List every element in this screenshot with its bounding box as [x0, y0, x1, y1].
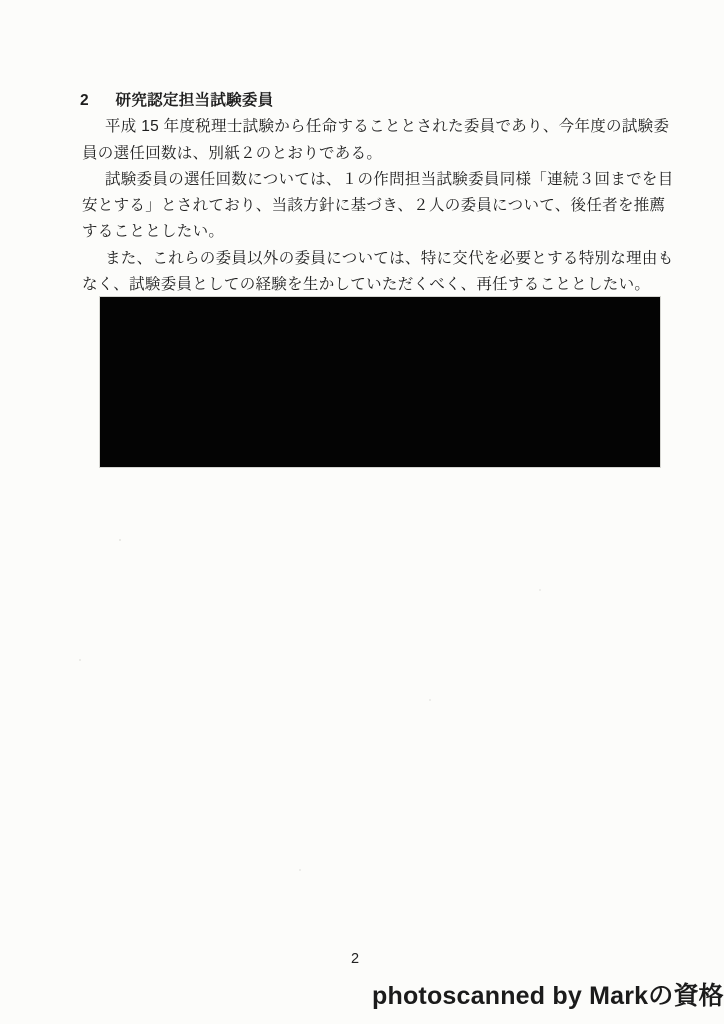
- scanned-document-page: { "page": { "background_color": "#fcfcfa…: [0, 0, 724, 1024]
- body-text-line: なく、試験委員としての経験を生かしていただくべく、再任することとしたい。: [82, 272, 667, 298]
- body-text-line: 平成 15 年度税理士試験から任命することとされた委員であり、今年度の試験委: [82, 114, 667, 140]
- body-text-line: 試験委員の選任回数については、１の作問担当試験委員同様「連続３回までを目: [82, 167, 667, 193]
- section-heading: 2 研究認定担当試験委員: [82, 88, 667, 114]
- document-text-block: 2 研究認定担当試験委員 平成 15 年度税理士試験から任命することとされた委員…: [82, 88, 667, 298]
- body-text-line: また、これらの委員以外の委員については、特に交代を必要とする特別な理由も: [82, 246, 667, 272]
- section-heading-title: 研究認定担当試験委員: [116, 88, 274, 114]
- redacted-content-block: [100, 297, 660, 467]
- watermark-text: photoscanned by Markの資格Hack: [372, 976, 724, 1012]
- body-text-line: することとしたい。: [82, 219, 667, 245]
- page-number: 2: [351, 951, 359, 967]
- section-heading-number: 2: [80, 88, 89, 114]
- body-text-line: 安とする」とされており、当該方針に基づき、２人の委員について、後任者を推薦: [82, 193, 667, 219]
- body-text-line: 員の選任回数は、別紙２のとおりである。: [82, 141, 667, 167]
